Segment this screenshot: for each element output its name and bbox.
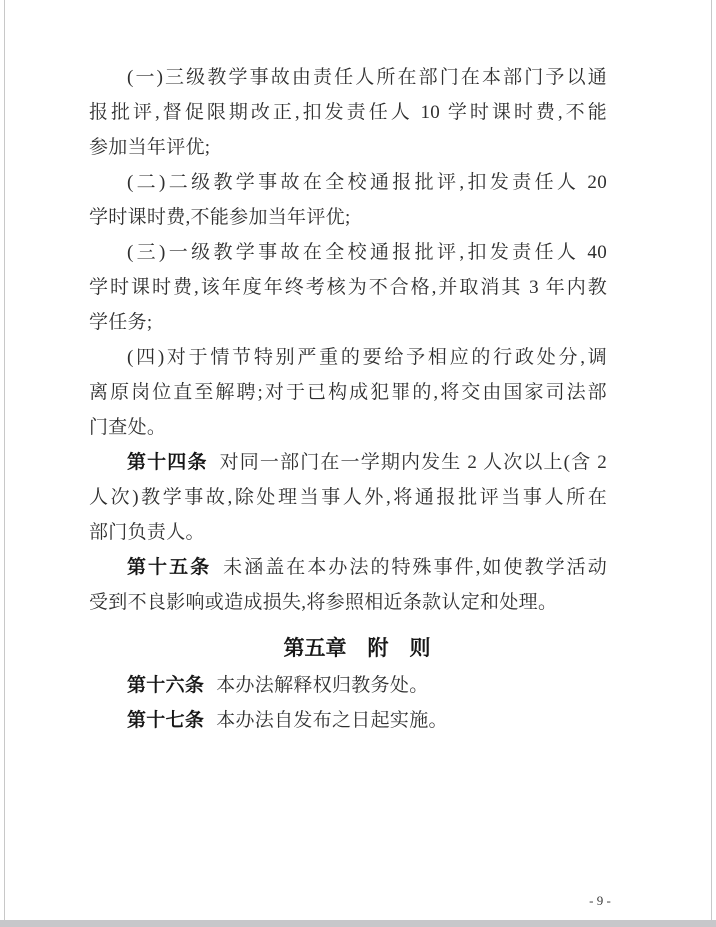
article-number: 第十六条 bbox=[127, 675, 204, 696]
document-line: 第十四条对同一部门在一学期内发生 2 人次以上(含 2 bbox=[89, 445, 607, 480]
article-17: 第十七条本办法自发布之日起实施。 bbox=[89, 703, 607, 738]
document-line: 学任务; bbox=[89, 305, 607, 340]
document-line: 受到不良影响或造成损失,将参照相近条款认定和处理。 bbox=[89, 585, 607, 620]
document-line: (三)一级教学事故在全校通报批评,扣发责任人 40 bbox=[89, 235, 607, 270]
article-text: 对同一部门在一学期内发生 2 人次以上(含 2 bbox=[220, 452, 607, 473]
document-line: (一)三级教学事故由责任人所在部门在本部门予以通 bbox=[89, 60, 607, 95]
article-number: 第十五条 bbox=[127, 557, 211, 578]
paragraph-item-3: (三)一级教学事故在全校通报批评,扣发责任人 40 学时课时费,该年度年终考核为… bbox=[89, 235, 607, 340]
background-below-page bbox=[0, 920, 716, 927]
article-text: 未涵盖在本办法的特殊事件,如使教学活动 bbox=[223, 557, 607, 578]
document-line: 学时课时费,不能参加当年评优; bbox=[89, 200, 607, 235]
article-15: 第十五条未涵盖在本办法的特殊事件,如使教学活动 受到不良影响或造成损失,将参照相… bbox=[89, 550, 607, 620]
paragraph-item-4: (四)对于情节特别严重的要给予相应的行政处分,调 离原岗位直至解聘;对于已构成犯… bbox=[89, 340, 607, 445]
document-line: 报批评,督促限期改正,扣发责任人 10 学时课时费,不能 bbox=[89, 95, 607, 130]
document-page: (一)三级教学事故由责任人所在部门在本部门予以通 报批评,督促限期改正,扣发责任… bbox=[4, 0, 712, 920]
document-line: (二)二级教学事故在全校通报批评,扣发责任人 20 bbox=[89, 165, 607, 200]
page-number: - 9 - bbox=[565, 893, 635, 909]
article-14: 第十四条对同一部门在一学期内发生 2 人次以上(含 2 人次)教学事故,除处理当… bbox=[89, 445, 607, 550]
document-line: 离原岗位直至解聘;对于已构成犯罪的,将交由国家司法部 bbox=[89, 375, 607, 410]
document-line: 人次)教学事故,除处理当事人外,将通报批评当事人所在 bbox=[89, 480, 607, 515]
article-number: 第十七条 bbox=[127, 710, 204, 731]
document-line: 第十五条未涵盖在本办法的特殊事件,如使教学活动 bbox=[89, 550, 607, 585]
document-line: 学时课时费,该年度年终考核为不合格,并取消其 3 年内教 bbox=[89, 270, 607, 305]
article-number: 第十四条 bbox=[127, 452, 208, 473]
paragraph-item-2: (二)二级教学事故在全校通报批评,扣发责任人 20 学时课时费,不能参加当年评优… bbox=[89, 165, 607, 235]
document-line: 门查处。 bbox=[89, 410, 607, 445]
paragraph-item-1: (一)三级教学事故由责任人所在部门在本部门予以通 报批评,督促限期改正,扣发责任… bbox=[89, 60, 607, 165]
chapter-heading: 第五章 附 则 bbox=[89, 630, 607, 668]
document-line: (四)对于情节特别严重的要给予相应的行政处分,调 bbox=[89, 340, 607, 375]
article-text: 本办法解释权归教务处。 bbox=[216, 675, 428, 696]
article-text: 本办法自发布之日起实施。 bbox=[216, 710, 448, 731]
document-body: (一)三级教学事故由责任人所在部门在本部门予以通 报批评,督促限期改正,扣发责任… bbox=[89, 60, 607, 738]
article-16: 第十六条本办法解释权归教务处。 bbox=[89, 668, 607, 703]
document-line: 参加当年评优; bbox=[89, 130, 607, 165]
document-line: 部门负责人。 bbox=[89, 515, 607, 550]
